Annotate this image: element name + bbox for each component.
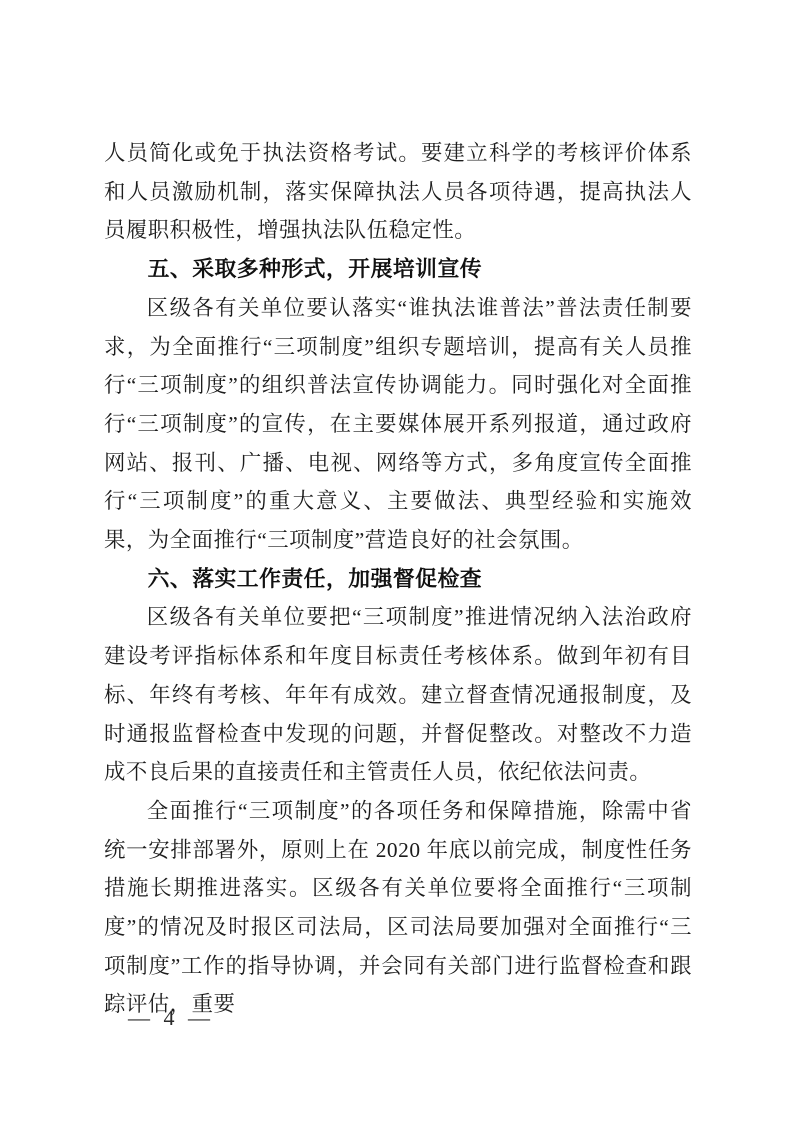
document-body: 人员简化或免于执法资格考试。要建立科学的考核评价体系和人员激励机制，落实保障执法… [104,134,692,1024]
section-heading-5: 五、采取多种形式，开展培训宣传 [104,250,692,289]
paragraph-continuation: 人员简化或免于执法资格考试。要建立科学的考核评价体系和人员激励机制，落实保障执法… [104,134,692,250]
paragraph-section-6: 区级各有关单位要把“三项制度”推进情况纳入法治政府建设考评指标体系和年度目标责任… [104,598,692,792]
paragraph-section-5: 区级各有关单位要认落实“谁执法谁普法”普法责任制要求，为全面推行“三项制度”组织… [104,289,692,560]
paragraph-closing: 全面推行“三项制度”的各项任务和保障措施，除需中省统一安排部署外，原则上在 20… [104,792,692,1024]
page-number: — 4 — [128,1003,214,1033]
document-page: 人员简化或免于执法资格考试。要建立科学的考核评价体系和人员激励机制，落实保障执法… [0,0,793,1122]
section-heading-6: 六、落实工作责任，加强督促检查 [104,560,692,599]
